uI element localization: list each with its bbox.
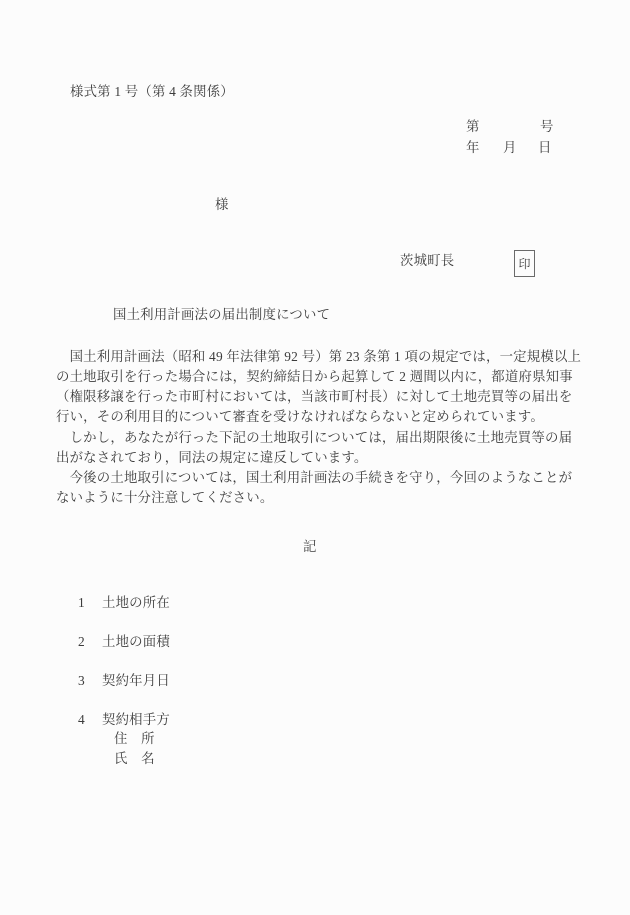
list-subitem-address-label: 住 所 xyxy=(114,729,155,749)
form-number-label: 様式第 1 号（第 4 条関係） xyxy=(70,82,234,102)
body-line: 国土利用計画法（昭和 49 年法律第 92 号）第 23 条第 1 項の規定では… xyxy=(56,347,580,367)
date-month-label: 月 xyxy=(503,138,517,158)
document-page: 様式第 1 号（第 4 条関係） 第 号 年 月 日 様 茨城町長 印 国土利用… xyxy=(0,0,630,915)
list-subitem-name-label: 氏 名 xyxy=(114,749,155,769)
doc-number-suffix: 号 xyxy=(540,117,554,137)
body-line: しかし，あなたが行った下記の土地取引については，届出期限後に土地売買等の届 xyxy=(56,428,580,448)
body-line: の土地取引を行った場合には，契約締結日から起算して 2 週間以内に，都道府県知事 xyxy=(56,367,580,387)
list-item-number: 4 xyxy=(78,710,85,730)
list-item-label: 土地の面積 xyxy=(102,632,170,652)
list-item-label: 契約年月日 xyxy=(102,671,170,691)
seal-box: 印 xyxy=(514,250,535,277)
date-day-label: 日 xyxy=(538,138,552,158)
record-marker: 記 xyxy=(303,537,317,557)
body-text: 国土利用計画法（昭和 49 年法律第 92 号）第 23 条第 1 項の規定では… xyxy=(56,347,580,508)
body-line: 行い，その利用目的について審査を受けなければならないと定められています。 xyxy=(56,407,580,427)
date-year-label: 年 xyxy=(466,138,480,158)
list-item-label: 契約相手方 xyxy=(102,710,170,730)
doc-number-prefix: 第 xyxy=(466,117,480,137)
list-item-number: 2 xyxy=(78,632,85,652)
addressee-honorific: 様 xyxy=(215,195,229,215)
body-line: （権限移譲を行った市町村においては，当該市町村長）に対して土地売買等の届出を xyxy=(56,387,580,407)
body-line: 今後の土地取引については，国土利用計画法の手続きを守り，今回のようなことが xyxy=(56,468,580,488)
list-item-number: 3 xyxy=(78,671,85,691)
body-line: 出がなされており，同法の規定に違反しています。 xyxy=(56,448,580,468)
seal-label: 印 xyxy=(518,258,530,270)
list-item-label: 土地の所在 xyxy=(102,593,170,613)
subject-title: 国土利用計画法の届出制度について xyxy=(113,305,330,325)
sender-title: 茨城町長 xyxy=(400,251,454,271)
list-item-number: 1 xyxy=(78,593,85,613)
body-line: ないように十分注意してください。 xyxy=(56,488,580,508)
